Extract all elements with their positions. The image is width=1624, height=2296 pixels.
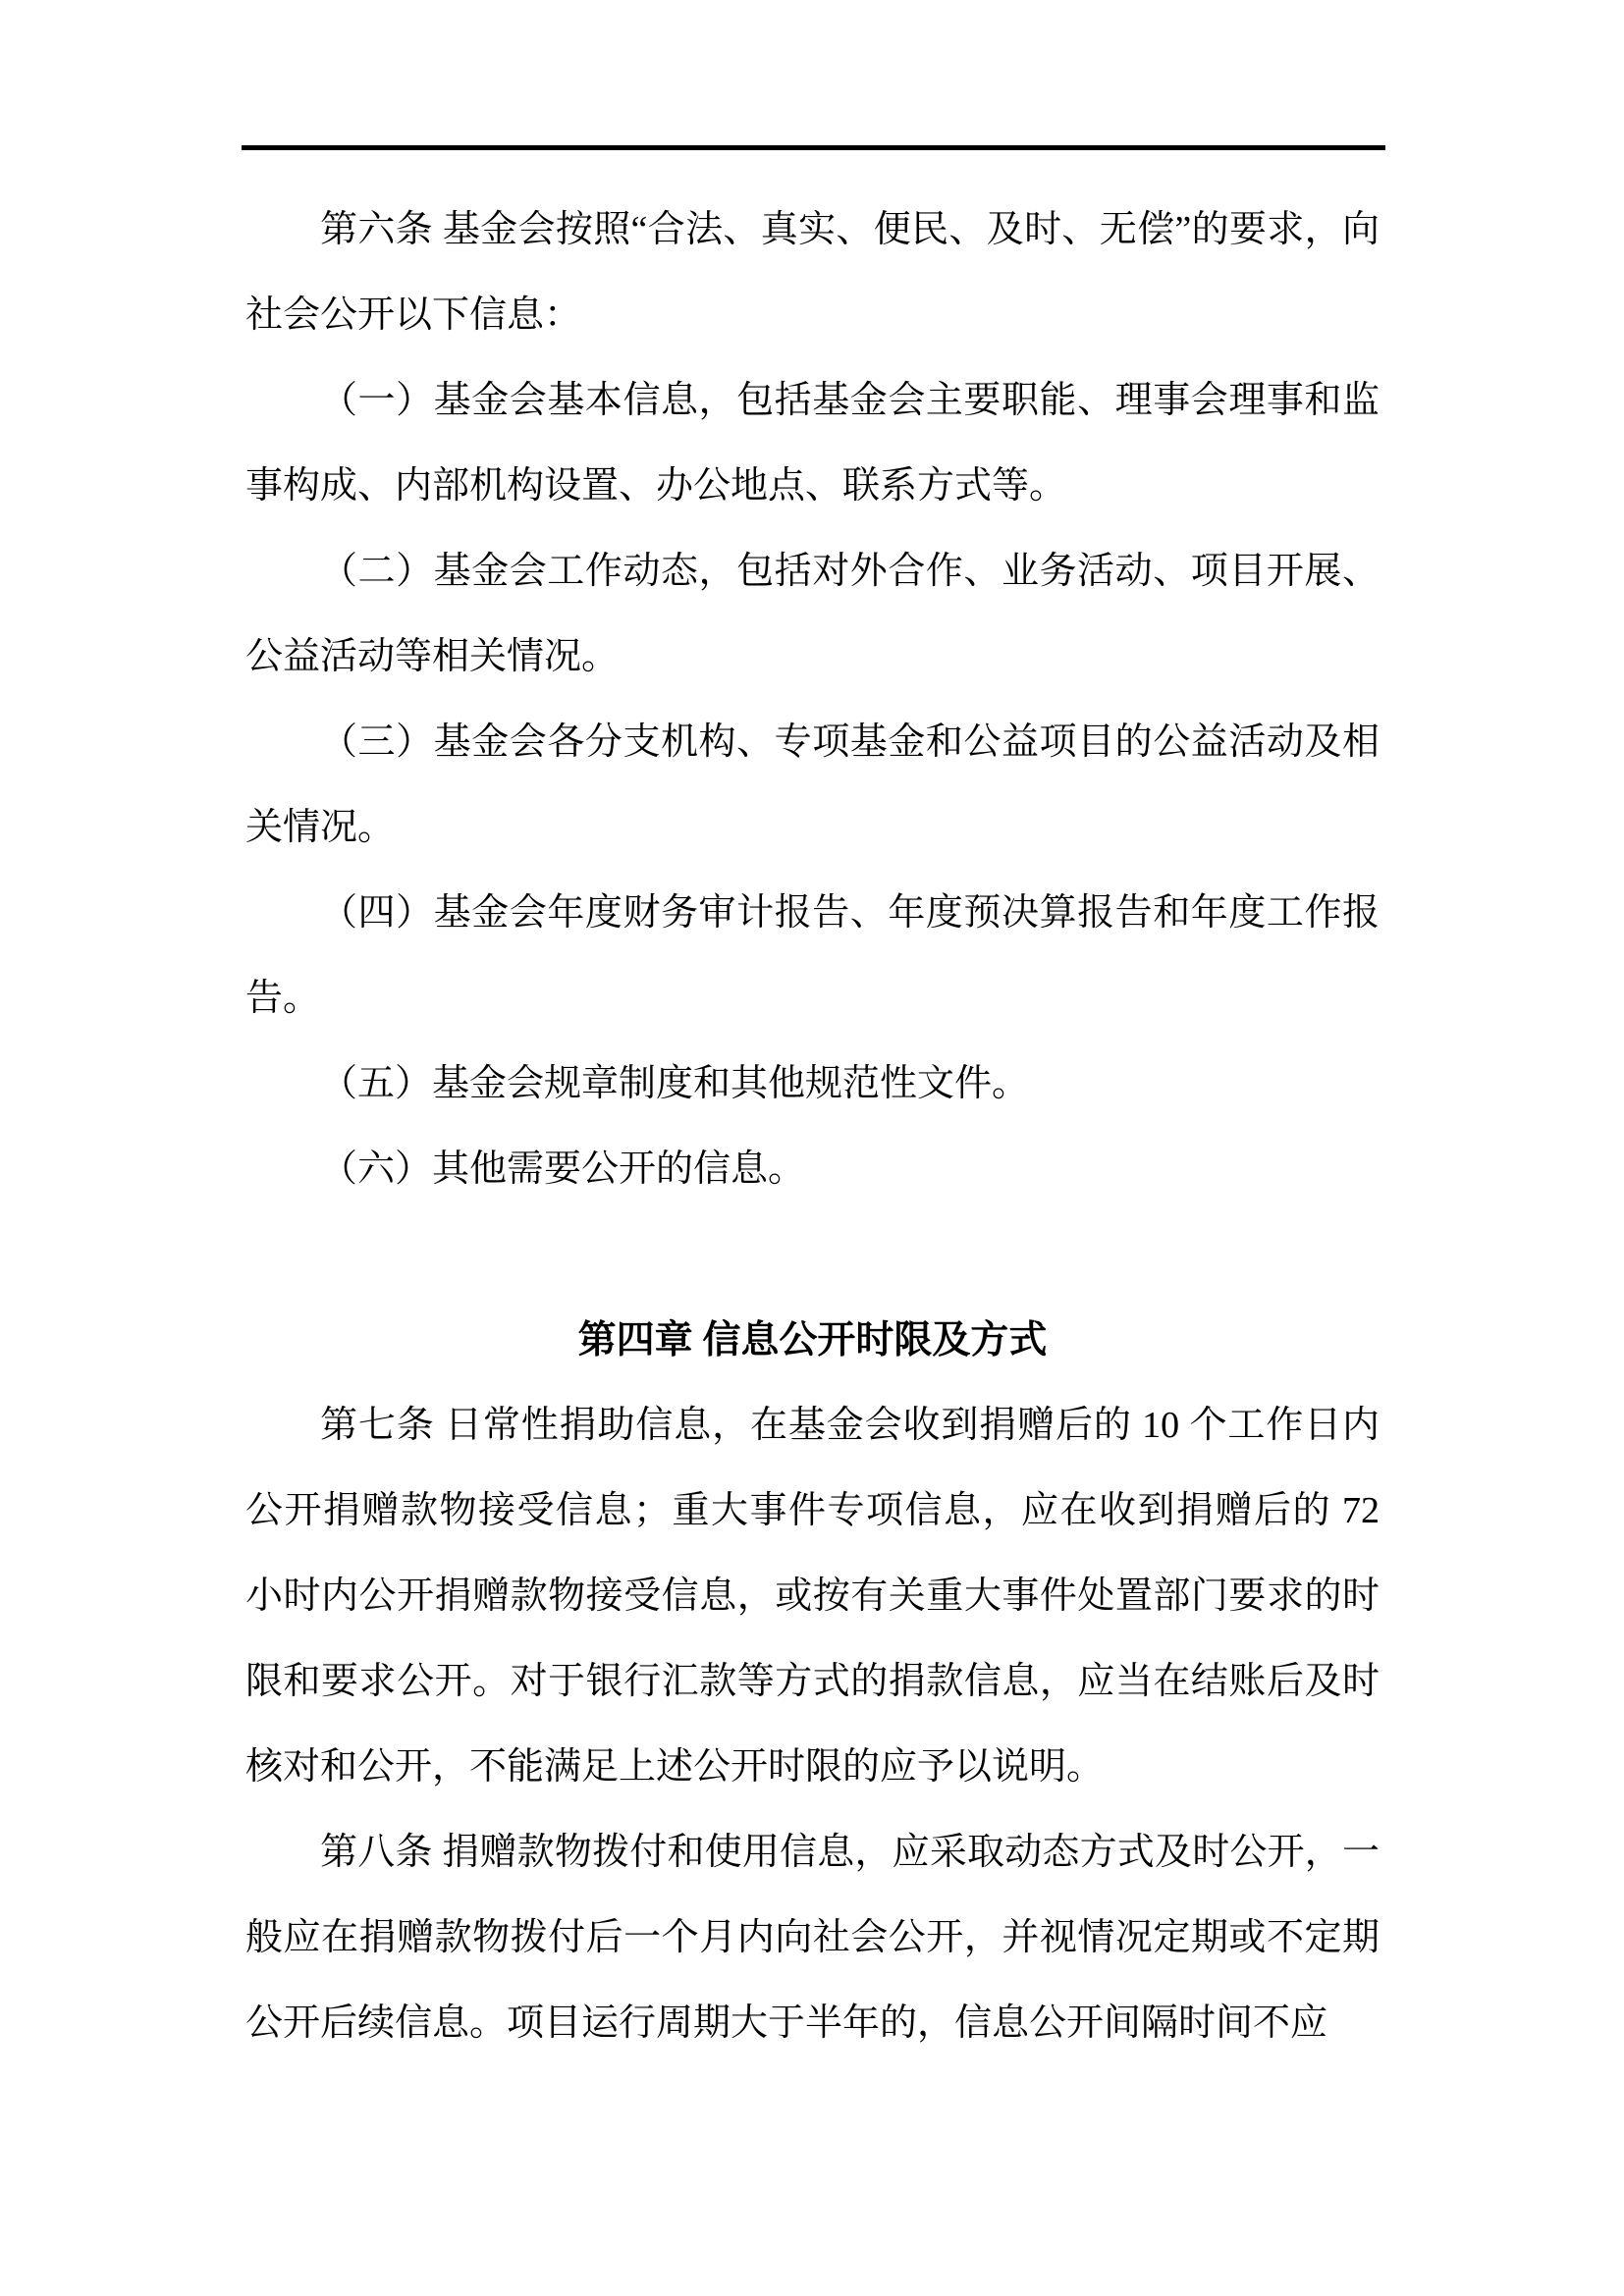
paragraph-item-1: （一）基金会基本信息，包括基金会主要职能、理事会理事和监事构成、内部机构设置、办…	[245, 358, 1380, 529]
paragraph-article-6: 第六条 基金会按照“合法、真实、便民、及时、无偿”的要求，向社会公开以下信息：	[245, 187, 1380, 358]
document-body: 第六条 基金会按照“合法、真实、便民、及时、无偿”的要求，向社会公开以下信息： …	[245, 187, 1380, 2066]
paragraph-article-7: 第七条 日常性捐助信息，在基金会收到捐赠后的 10 个工作日内公开捐赠款物接受信…	[245, 1383, 1380, 1810]
paragraph-item-2: （二）基金会工作动态，包括对外合作、业务活动、项目开展、公益活动等相关情况。	[245, 529, 1380, 700]
paragraph-item-6: （六）其他需要公开的信息。	[245, 1127, 1380, 1212]
paragraph-item-4: （四）基金会年度财务审计报告、年度预决算报告和年度工作报告。	[245, 871, 1380, 1041]
paragraph-item-3: （三）基金会各分支机构、专项基金和公益项目的公益活动及相关情况。	[245, 700, 1380, 871]
chapter-heading: 第四章 信息公开时限及方式	[245, 1298, 1380, 1383]
document-page: 第六条 基金会按照“合法、真实、便民、及时、无偿”的要求，向社会公开以下信息： …	[0, 0, 1624, 2296]
header-rule-divider	[242, 145, 1385, 150]
paragraph-item-5: （五）基金会规章制度和其他规范性文件。	[245, 1041, 1380, 1127]
paragraph-article-8: 第八条 捐赠款物拨付和使用信息，应采取动态方式及时公开，一般应在捐赠款物拨付后一…	[245, 1810, 1380, 2066]
